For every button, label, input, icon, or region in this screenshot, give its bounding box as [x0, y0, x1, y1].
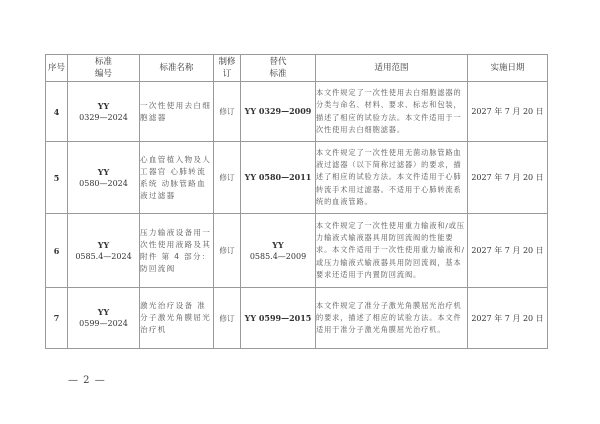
row-scope: 本文件规定了一次性使用无菌动脉管路血液过滤器（以下简称过滤器）的要求，描述了相应…	[316, 142, 468, 214]
row-revision-type: 修订	[214, 142, 241, 214]
table-row: 5 YY 0580—2024 心血管植入物及人工器官 心肺转流系统 动脉管路血液…	[46, 142, 548, 214]
row-standard-code: YY 0599—2024	[68, 288, 140, 349]
row-revision-type: 修订	[214, 288, 241, 349]
document-page: 序号 标准 编号 标准名称 制修 订 替代 标准 适用范围 实施日期	[0, 0, 600, 424]
standard-code-prefix: YY	[68, 100, 139, 112]
row-scope: 本文件规定了一次性使用重力输液和/或压力输液式输液器具用防回流阀的性能要求。本文…	[316, 214, 468, 288]
row-replaced-standard: YY 0580—2011	[241, 142, 316, 214]
row-standard-name: 一次性使用去白细胞滤器	[140, 82, 214, 142]
row-serial-number: 5	[46, 142, 68, 214]
replaced-standard-prefix: YY	[241, 239, 315, 251]
row-serial-number: 7	[46, 288, 68, 349]
header-replaced-standard-line1: 替代	[241, 56, 315, 68]
header-revision-type: 制修 订	[214, 55, 241, 82]
header-standard-name-label: 标准名称	[159, 63, 193, 73]
standard-code-number: 0585.4—2024	[68, 251, 139, 263]
table-row: 4 YY 0329—2024 一次性使用去白细胞滤器 修订 YY 0329—20…	[46, 82, 548, 142]
row-revision-type: 修订	[214, 214, 241, 288]
header-implementation-date: 实施日期	[468, 55, 548, 82]
header-implementation-date-label: 实施日期	[490, 63, 524, 73]
page-number: — 2 —	[68, 375, 106, 386]
standard-code-number: 0580—2024	[68, 178, 139, 190]
header-revision-type-line2: 订	[214, 68, 240, 80]
row-standard-code: YY 0585.4—2024	[68, 214, 140, 288]
replaced-standard-number: YY 0599—2015	[245, 313, 312, 323]
row-implementation-date: 2027 年 7 月 20 日	[468, 214, 548, 288]
replaced-standard-number: 0585.4—2009	[241, 251, 315, 263]
row-scope: 本文件规定了准分子激光角膜屈光治疗机的要求，描述了相应的试验方法。本文件适用于准…	[316, 288, 468, 349]
row-revision-type: 修订	[214, 82, 241, 142]
header-serial-number-label: 序号	[48, 63, 65, 73]
replaced-standard-number: YY 0329—2009	[245, 106, 312, 116]
row-implementation-date: 2027 年 7 月 20 日	[468, 142, 548, 214]
row-scope: 本文件规定了一次性使用去白细胞滤器的分类与命名、材料、要求、标志和包装，描述了相…	[316, 82, 468, 142]
row-replaced-standard: YY 0599—2015	[241, 288, 316, 349]
header-scope-label: 适用范围	[374, 63, 408, 73]
table-row: 6 YY 0585.4—2024 压力输液设备用一次性使用液路及其附件 第 4 …	[46, 214, 548, 288]
replaced-standard-number: YY 0580—2011	[245, 172, 312, 182]
standard-code-prefix: YY	[68, 239, 139, 251]
standard-code-number: 0329—2024	[68, 112, 139, 124]
row-standard-code: YY 0329—2024	[68, 82, 140, 142]
standard-code-number: 0599—2024	[68, 318, 139, 330]
table-header-row: 序号 标准 编号 标准名称 制修 订 替代 标准 适用范围 实施日期	[46, 55, 548, 82]
row-serial-number: 6	[46, 214, 68, 288]
standard-code-prefix: YY	[68, 306, 139, 318]
header-standard-name: 标准名称	[140, 55, 214, 82]
header-standard-code-line2: 编号	[68, 68, 139, 80]
header-serial-number: 序号	[46, 55, 68, 82]
row-replaced-standard: YY 0585.4—2009	[241, 214, 316, 288]
header-replaced-standard-line2: 标准	[241, 68, 315, 80]
standards-table: 序号 标准 编号 标准名称 制修 订 替代 标准 适用范围 实施日期	[45, 54, 548, 349]
row-standard-code: YY 0580—2024	[68, 142, 140, 214]
table-row: 7 YY 0599—2024 激光治疗设备 准分子激光角膜屈光治疗机 修订 YY…	[46, 288, 548, 349]
header-scope: 适用范围	[316, 55, 468, 82]
header-standard-code-line1: 标准	[68, 56, 139, 68]
header-replaced-standard: 替代 标准	[241, 55, 316, 82]
header-standard-code: 标准 编号	[68, 55, 140, 82]
header-revision-type-line1: 制修	[214, 56, 240, 68]
row-serial-number: 4	[46, 82, 68, 142]
row-implementation-date: 2027 年 7 月 20 日	[468, 288, 548, 349]
row-standard-name: 心血管植入物及人工器官 心肺转流系统 动脉管路血液过滤器	[140, 142, 214, 214]
row-standard-name: 激光治疗设备 准分子激光角膜屈光治疗机	[140, 288, 214, 349]
row-implementation-date: 2027 年 7 月 20 日	[468, 82, 548, 142]
standard-code-prefix: YY	[68, 166, 139, 178]
row-standard-name: 压力输液设备用一次性使用液路及其附件 第 4 部分：防回流阀	[140, 214, 214, 288]
row-replaced-standard: YY 0329—2009	[241, 82, 316, 142]
